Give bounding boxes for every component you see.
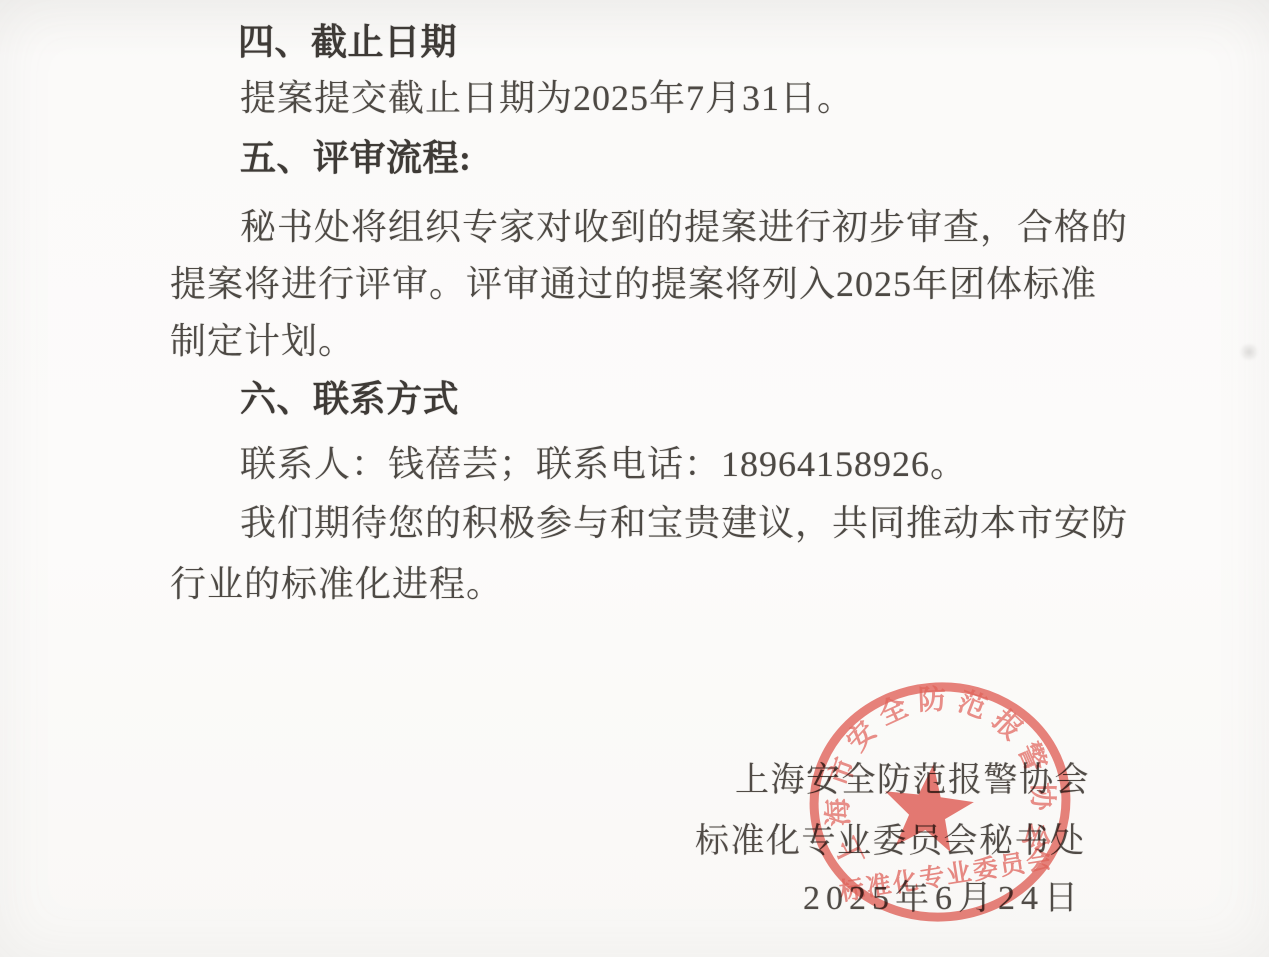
review-paragraph-line-1: 秘书处将组织专家对收到的提案进行初步审查，合格的 (240, 199, 1128, 250)
review-paragraph-line-3: 制定计划。 (170, 313, 355, 364)
section-heading-contact: 六、联系方式 (240, 371, 459, 422)
scanned-document-page: 四、截止日期 提案提交截止日期为2025年7月31日。 五、评审流程: 秘书处将… (0, 0, 1269, 957)
section-heading-deadline: 四、截止日期 (238, 14, 457, 65)
contact-info-line: 联系人：钱蓓芸；联系电话：18964158926。 (240, 436, 967, 487)
official-seal-stamp: 上海市安全防范报警协会 标准化专业委员会 (803, 676, 1077, 928)
red-star-icon (883, 761, 978, 857)
scan-smudge (1238, 344, 1260, 360)
deadline-body-line: 提案提交截止日期为2025年7月31日。 (240, 70, 854, 121)
section-heading-review-process: 五、评审流程: (240, 130, 472, 181)
closing-paragraph-line-1: 我们期待您的积极参与和宝贵建议，共同推动本市安防 (240, 495, 1128, 546)
closing-paragraph-line-2: 行业的标准化进程。 (170, 556, 503, 607)
review-paragraph-line-2: 提案将进行评审。评审通过的提案将列入2025年团体标准 (170, 256, 1097, 307)
